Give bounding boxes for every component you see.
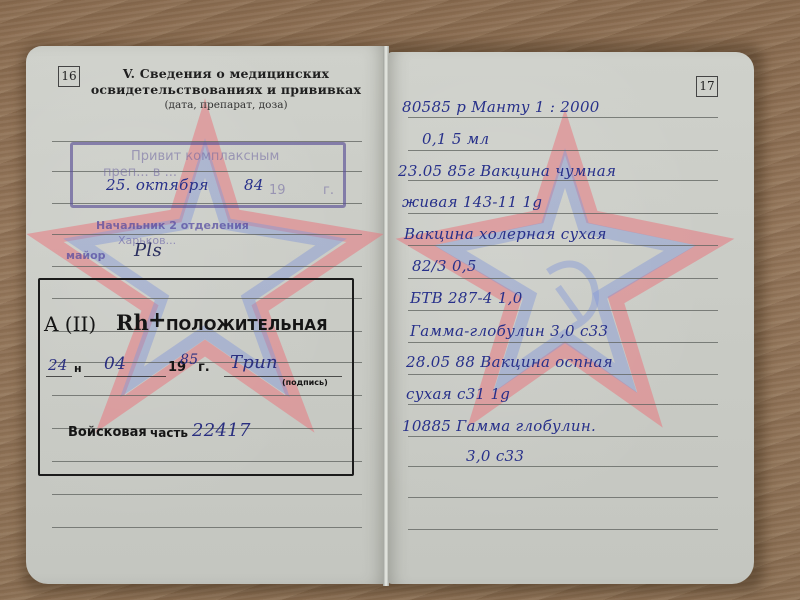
section-heading-line2: освидетельствованиях и прививках <box>46 82 386 97</box>
record-entry: Вакцина холерная сухая <box>404 225 607 243</box>
ruled-line <box>408 310 718 311</box>
ruled-line <box>52 266 362 267</box>
ruled-line <box>408 278 718 279</box>
ruled-line <box>408 245 718 246</box>
page-16: 16 V. Сведения о медицинских освидетельс… <box>26 46 386 584</box>
ruled-line <box>408 529 718 530</box>
stamp-text: Привит комплаксным <box>131 149 279 164</box>
record-entry: 28.05 88 Вакцина оспная <box>406 353 613 371</box>
ruled-line <box>408 404 718 405</box>
blood-signature: Трип <box>230 352 278 373</box>
unit-label-bold: Войсковая <box>68 425 147 440</box>
rh-positive-text: ПОЛОЖИТЕЛЬНАЯ <box>166 316 328 334</box>
stamp-year-suffix: г. <box>323 183 334 198</box>
record-entry: Гамма-глобулин 3,0 с33 <box>410 322 608 340</box>
page-number: 17 <box>696 76 718 97</box>
date-suffix: н <box>74 362 82 375</box>
record-entry: 0,1 5 мл <box>422 130 489 148</box>
blood-date-day: 24 <box>48 356 68 374</box>
record-entry: 82/3 0,5 <box>412 257 477 275</box>
unit-number: 22417 <box>192 420 251 441</box>
record-entry: 80585 р Манту 1 : 2000 <box>402 98 600 116</box>
underline <box>224 376 342 377</box>
officer-signature: Pls <box>134 240 162 261</box>
signature-label: (подпись) <box>282 378 328 387</box>
underline <box>84 376 166 377</box>
ruled-line <box>52 494 362 495</box>
blood-date-month: 04 <box>104 354 126 374</box>
handwritten-date: 25. октября <box>106 176 209 194</box>
vaccination-stamp: Привит комплаксным преп... в ... 19 г. <box>70 142 346 208</box>
record-entry: живая 143-11 1g <box>402 193 542 211</box>
ruled-line <box>408 342 718 343</box>
ruled-line <box>408 436 718 437</box>
page-17: 17 80585 р Манту 1 : 2000 0,1 5 мл 23.05… <box>388 52 754 584</box>
officer-stamp-line1: Начальник 2 отделения <box>96 219 249 232</box>
blood-group: A (II) <box>44 312 96 336</box>
ruled-line <box>52 527 362 528</box>
ruled-line <box>408 180 718 181</box>
ruled-line <box>52 234 362 235</box>
section-subtitle: (дата, препарат, доза) <box>46 99 386 111</box>
section-heading: V. Сведения о медицинских <box>46 66 386 81</box>
record-entry: БТВ 287-4 1,0 <box>410 289 523 307</box>
handwritten-year: 84 <box>244 176 264 194</box>
underline <box>46 376 72 377</box>
record-entry: 3,0 с33 <box>466 447 524 465</box>
rh-plus: + <box>148 308 166 333</box>
blood-type-stamp: A (II) Rh + ПОЛОЖИТЕЛЬНАЯ 24 н 04 19 85 … <box>38 278 354 476</box>
record-entry: 23.05 85г Вакцина чумная <box>398 162 616 180</box>
year-suffix: г. <box>198 360 210 375</box>
record-entry: 10885 Гамма глобулин. <box>402 417 596 435</box>
unit-label: часть <box>150 426 188 440</box>
ruled-line <box>408 213 718 214</box>
rh-label: Rh <box>116 310 149 335</box>
stamp-year-prefix: 19 <box>269 183 286 198</box>
ruled-line <box>408 374 718 375</box>
ruled-line <box>408 150 718 151</box>
blood-date-year: 85 <box>180 352 198 368</box>
ruled-line <box>408 466 718 467</box>
record-entry: сухая с31 1g <box>406 385 510 403</box>
ruled-line <box>408 497 718 498</box>
ruled-line <box>408 117 718 118</box>
officer-stamp-line3: майор <box>66 249 106 262</box>
